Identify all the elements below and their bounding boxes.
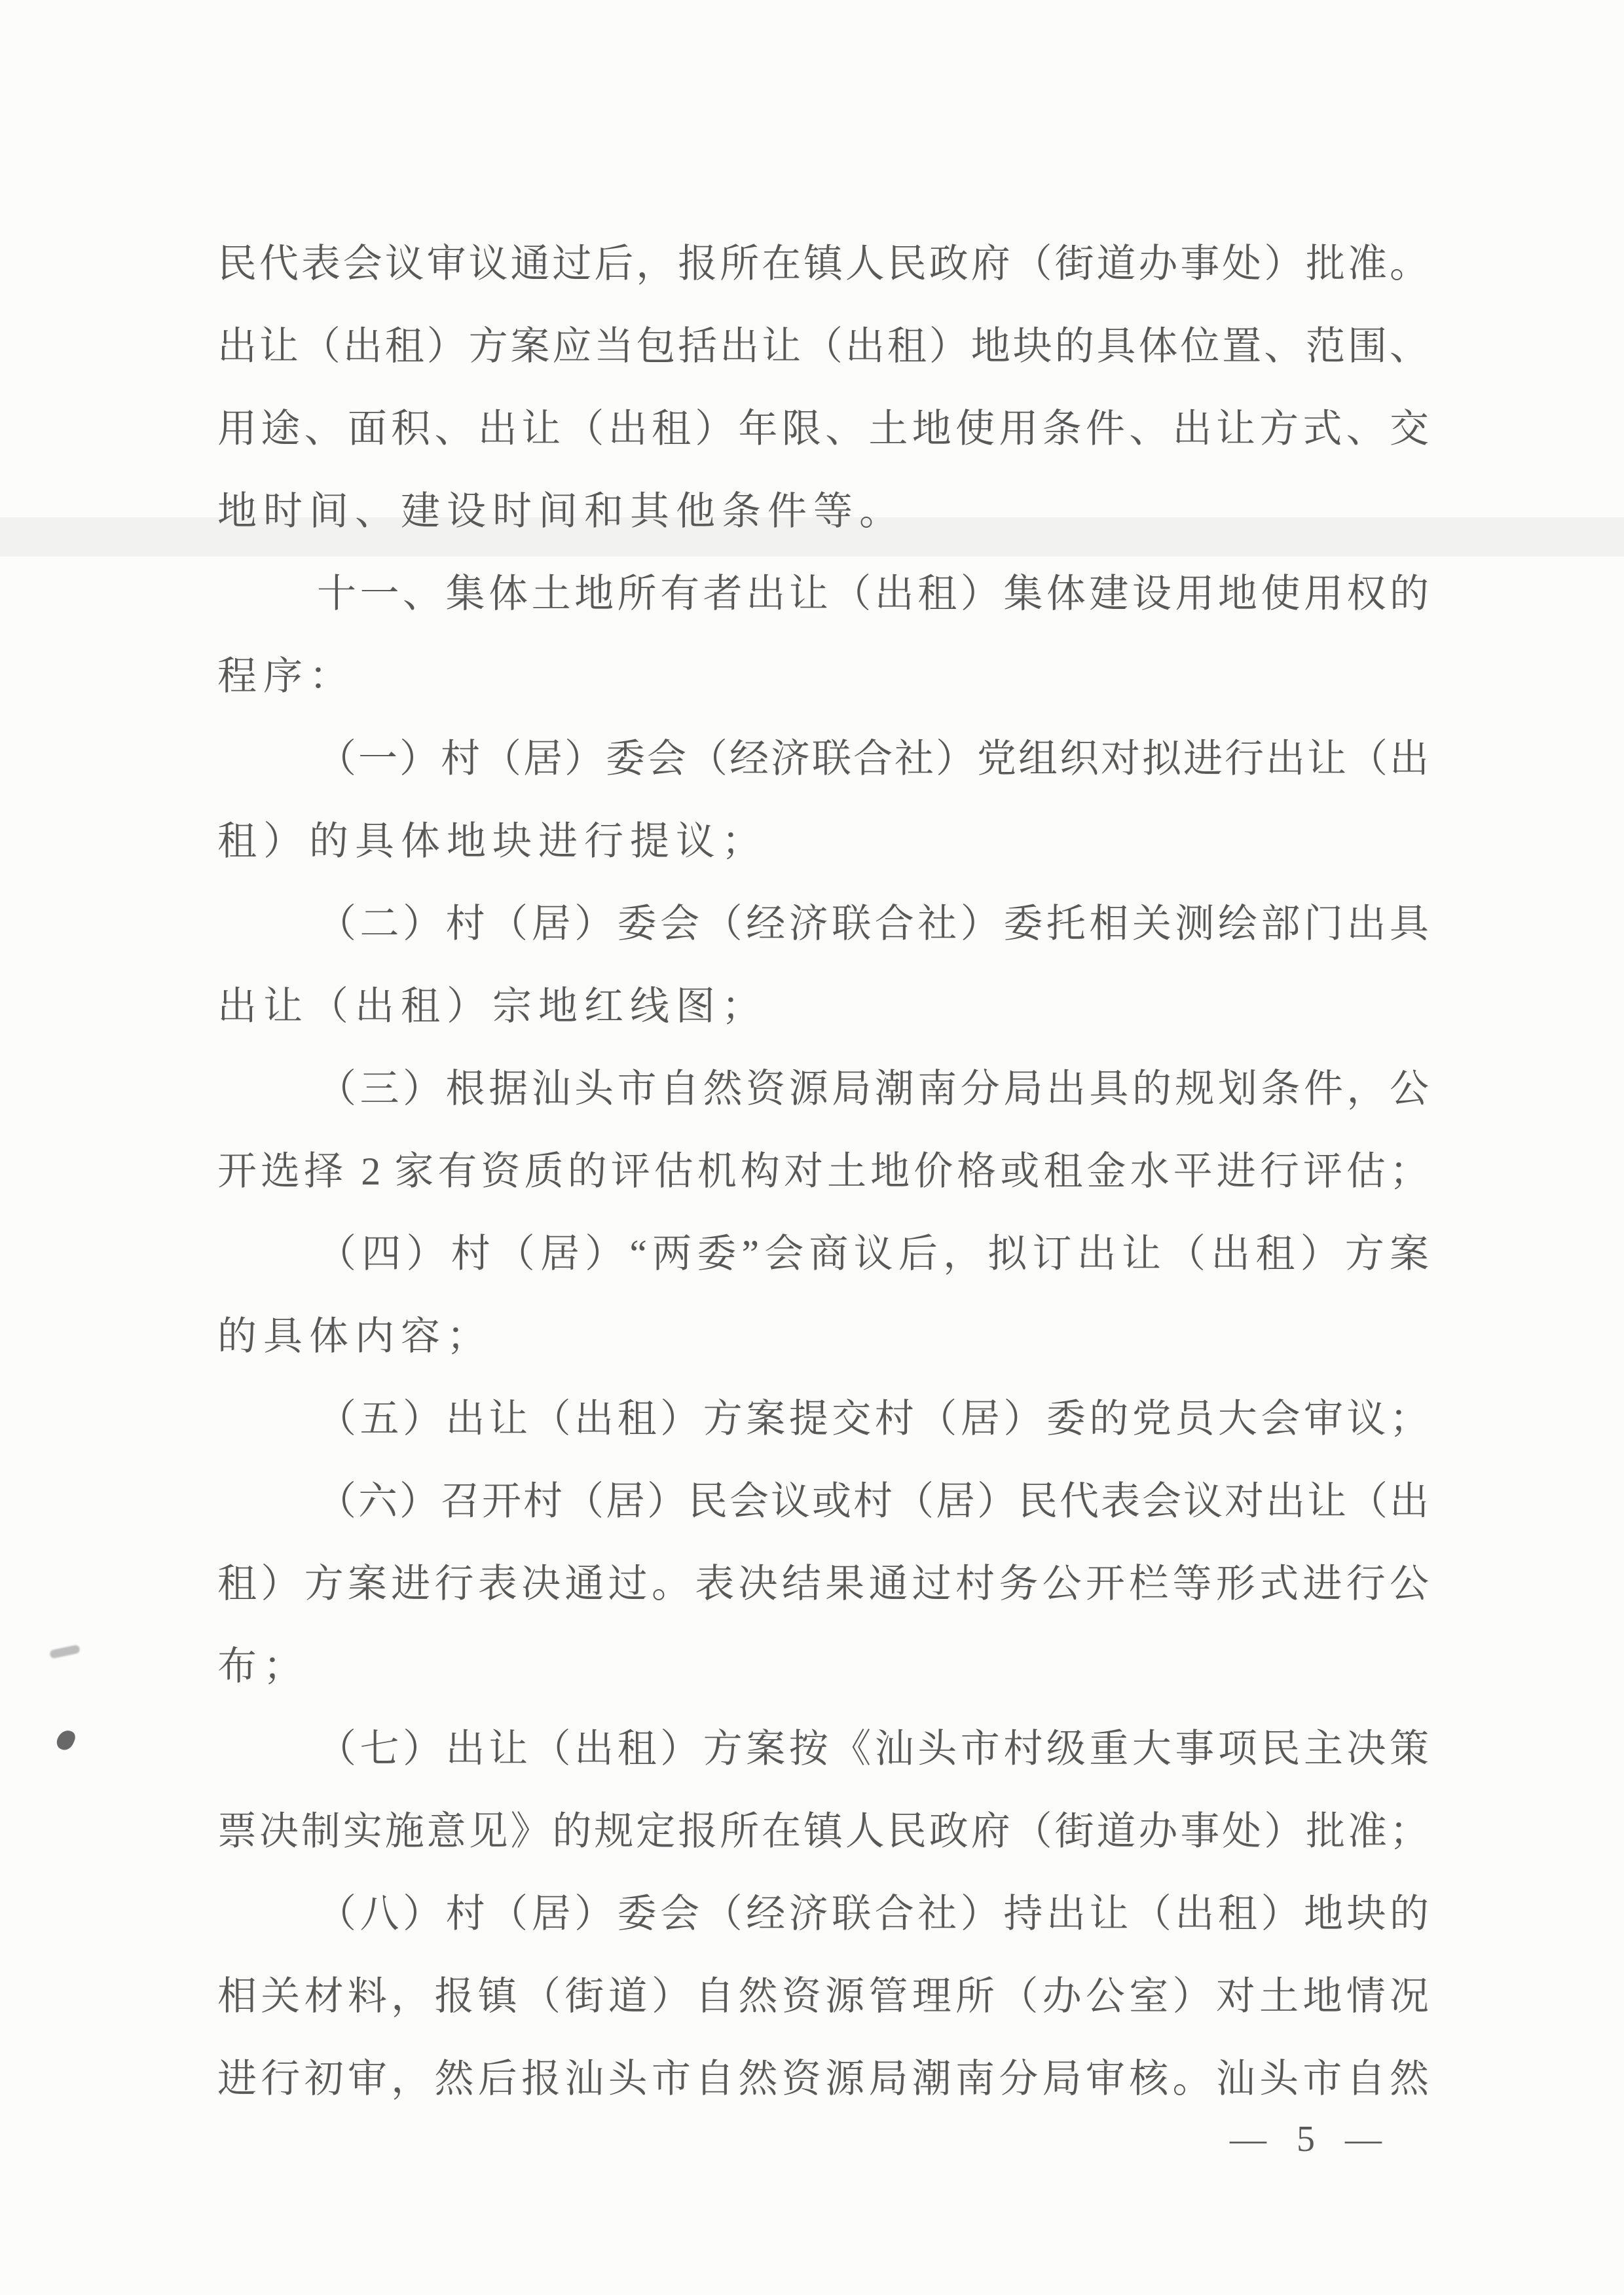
text-line: 进行初审，然后报汕头市自然资源局潮南分局审核。汕头市自然 — [217, 2038, 1429, 2120]
text-line: 租）方案进行表决通过。表决结果通过村务公开栏等形式进行公 — [217, 1543, 1429, 1625]
text-line: 地时间、建设时间和其他条件等。 — [217, 470, 1429, 553]
ink-spot-mark — [54, 1727, 77, 1752]
page-number-footer: — 5 — — [1230, 2118, 1392, 2160]
text-line: 相关材料，报镇（街道）自然资源管理所（办公室）对土地情况 — [217, 1955, 1429, 2038]
text-line: （六）召开村（居）民会议或村（居）民代表会议对出让（出 — [217, 1460, 1429, 1543]
text-line: 民代表会议审议通过后，报所在镇人民政府（街道办事处）批准。 — [217, 223, 1429, 305]
scanned-document-page: 民代表会议审议通过后，报所在镇人民政府（街道办事处）批准。 出让（出租）方案应当… — [0, 0, 1624, 2295]
text-line: 的具体内容； — [217, 1295, 1429, 1378]
text-line: 票决制实施意见》的规定报所在镇人民政府（街道办事处）批准； — [217, 1790, 1429, 1873]
text-line: （五）出让（出租）方案提交村（居）委的党员大会审议； — [217, 1378, 1429, 1460]
text-line: （三）根据汕头市自然资源局潮南分局出具的规划条件，公 — [217, 1048, 1429, 1130]
text-line: 开选择 2 家有资质的评估机构对土地价格或租金水平进行评估； — [217, 1130, 1429, 1213]
text-line: （二）村（居）委会（经济联合社）委托相关测绘部门出具 — [217, 883, 1429, 965]
text-line: 出让（出租）方案应当包括出让（出租）地块的具体位置、范围、 — [217, 305, 1429, 388]
document-body: 民代表会议审议通过后，报所在镇人民政府（街道办事处）批准。 出让（出租）方案应当… — [217, 223, 1429, 2120]
text-line: （八）村（居）委会（经济联合社）持出让（出租）地块的 — [217, 1873, 1429, 1955]
text-line: （一）村（居）委会（经济联合社）党组织对拟进行出让（出 — [217, 718, 1429, 800]
text-line: （四）村（居）“两委”会商议后，拟订出让（出租）方案 — [217, 1213, 1429, 1295]
text-line: 程序： — [217, 635, 1429, 718]
text-line: 出让（出租）宗地红线图； — [217, 965, 1429, 1048]
text-line: 租）的具体地块进行提议； — [217, 800, 1429, 883]
text-line: 十一、集体土地所有者出让（出租）集体建设用地使用权的 — [217, 553, 1429, 635]
text-line: （七）出让（出租）方案按《汕头市村级重大事项民主决策 — [217, 1708, 1429, 1790]
text-line: 布； — [217, 1625, 1429, 1708]
text-line: 用途、面积、出让（出租）年限、土地使用条件、出让方式、交 — [217, 388, 1429, 470]
ink-smudge-mark — [49, 1644, 81, 1659]
